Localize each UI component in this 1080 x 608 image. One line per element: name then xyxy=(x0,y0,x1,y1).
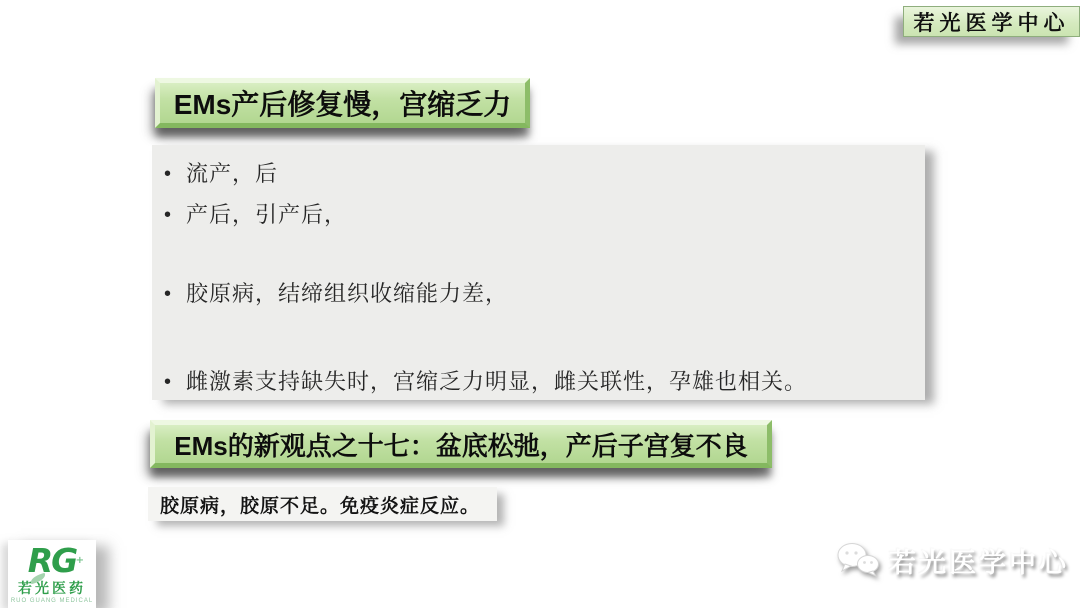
company-logo: RG+ 若光医药 RUO GUANG MEDICAL xyxy=(8,540,96,608)
logo-tagline: RUO GUANG MEDICAL xyxy=(8,597,96,605)
slide-canvas: 若光医学中心 EMs产后修复慢，宫缩乏力 流产，后 产后，引产后， 胶原病，结缔… xyxy=(0,0,1080,608)
bullet-list: 流产，后 产后，引产后， 胶原病，结缔组织收缩能力差， 雌激素支持缺失时，宫缩乏… xyxy=(152,161,925,395)
watermark-label: 若光医学中心 xyxy=(889,541,1069,580)
wechat-icon xyxy=(835,540,881,580)
watermark: 若光医学中心 xyxy=(835,540,1069,580)
bullet-item: 雌激素支持缺失时，宫缩乏力明显，雌关联性，孕雄也相关。 xyxy=(152,369,925,395)
logo-plus-mark: + xyxy=(76,542,82,580)
section-title-banner: EMs的新观点之十七：盆底松弛，产后子宫复不良 xyxy=(150,420,772,468)
top-right-brand-badge: 若光医学中心 xyxy=(903,6,1080,37)
content-panel: 流产，后 产后，引产后， 胶原病，结缔组织收缩能力差， 雌激素支持缺失时，宫缩乏… xyxy=(152,145,925,400)
bullet-item: 流产，后 xyxy=(152,161,925,187)
bullet-item: 胶原病，结缔组织收缩能力差， xyxy=(152,281,925,307)
note-panel: 胶原病，胶原不足。免疫炎症反应。 xyxy=(148,487,497,521)
slide-title-banner: EMs产后修复慢，宫缩乏力 xyxy=(155,78,530,128)
logo-name: 若光医药 xyxy=(8,580,96,597)
logo-monogram: RG+ xyxy=(8,542,96,580)
bullet-item: 产后，引产后， xyxy=(152,202,925,228)
